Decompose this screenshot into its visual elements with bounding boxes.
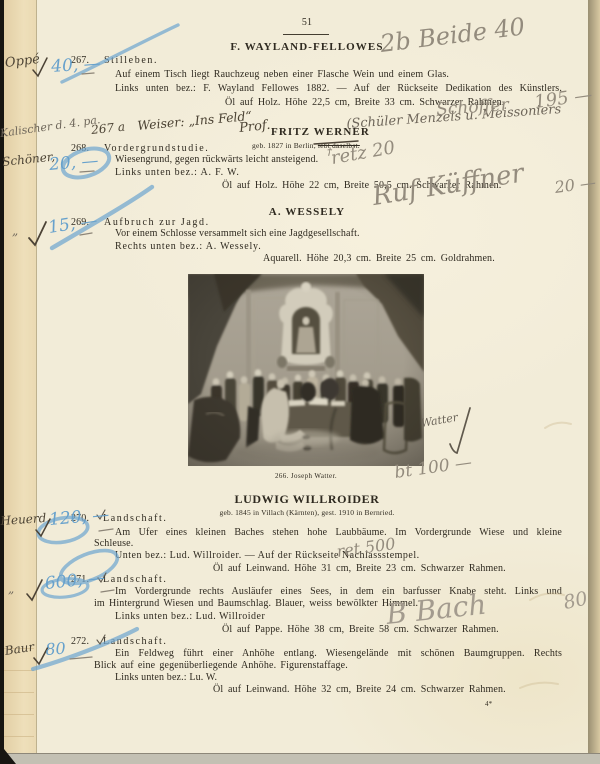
item-desc-267-1: Auf einem Tisch liegt Rauchzeug neben ei… [115,69,449,80]
item-tech-269: Aquarell. Höhe 20,3 cm. Breite 25 cm. Go… [263,253,495,264]
item-tech-272: Öl auf Leinwand. Höhe 32 cm, Breite 24 c… [213,684,506,695]
item-title-272: Landschaft. [103,636,168,647]
item-title-267: Stilleben. [104,55,158,66]
page-bottom-edge [0,753,600,764]
item-desc-271-2: im Hintergrund Wiesen und Baumschlag. Bl… [94,598,418,609]
item-tech-271: Öl auf Pappe. Höhe 38 cm, Breite 58 cm. … [222,624,499,635]
item-desc-270-1: Am Ufer eines kleinen Baches stehen hohe… [115,527,562,538]
item-desc-268-1: Wiesengrund, gegen rückwärts leicht anst… [115,154,318,165]
annotation-price-272: 80 [45,639,67,659]
item-tech-270: Öl auf Leinwand. Höhe 31 cm, Breite 23 c… [213,563,506,574]
annotation-price-268: 20, — [48,151,99,175]
item-desc-271-3: Links unten bez.: Lud. Willroider [115,611,265,622]
ruled-line [4,714,34,715]
painting-joseph-watter [188,274,424,466]
signature-mark: 4* [485,700,492,708]
ruled-line [4,670,34,671]
page-crease [36,0,37,753]
book-edge [588,0,600,764]
item-desc-269-1: Vor einem Schlosse versammelt sich eine … [115,228,360,239]
annotation-price-267: 40, — [51,54,102,77]
item-desc-270-2: Schleuse. [94,538,133,549]
scan-corner-shadow [0,744,16,764]
item-desc-272-2: Blick auf eine gegenüberliegende Anhöhe.… [94,660,348,671]
figure-caption: 266. Joseph Watter. [188,472,424,480]
item-title-269: Aufbruch zur Jagd. [104,217,210,228]
painting-figure [188,274,424,466]
bio-text: geb. 1827 in Berlin, [252,141,316,150]
item-title-270: Landschaft. [103,513,168,524]
annotation-ditto-271: „ [8,582,14,596]
annotation-ditto-269: „ [12,224,18,238]
ruled-line [4,736,34,737]
artist-heading-willroider: LUDWIG WILLROIDER [37,492,577,507]
item-desc-272-1: Ein Feldweg führt einer Anhöhe entlang. … [115,648,562,659]
item-desc-272-3: Links unten bez.: Lu. W. [115,672,217,683]
item-title-268: Vordergrundstudie. [104,143,209,154]
item-desc-271-1: Im Vordergrunde rechts Ausläufer eines S… [115,586,562,597]
item-desc-269-2: Rechts unten bez.: A. Wessely. [115,241,262,252]
item-desc-268-2: Links unten bez.: A. F. W. [115,167,240,178]
item-title-271: Landschaft. [103,574,168,585]
item-desc-267-2: Links unten bez.: F. Wayland Fellowes 18… [115,83,562,94]
page-number-rule [283,34,329,35]
item-number-272: 272. [71,636,89,647]
ruled-line [4,692,34,693]
scanned-catalog-page: 51 F. WAYLAND-FELLOWES 267. Stilleben. A… [0,0,600,764]
